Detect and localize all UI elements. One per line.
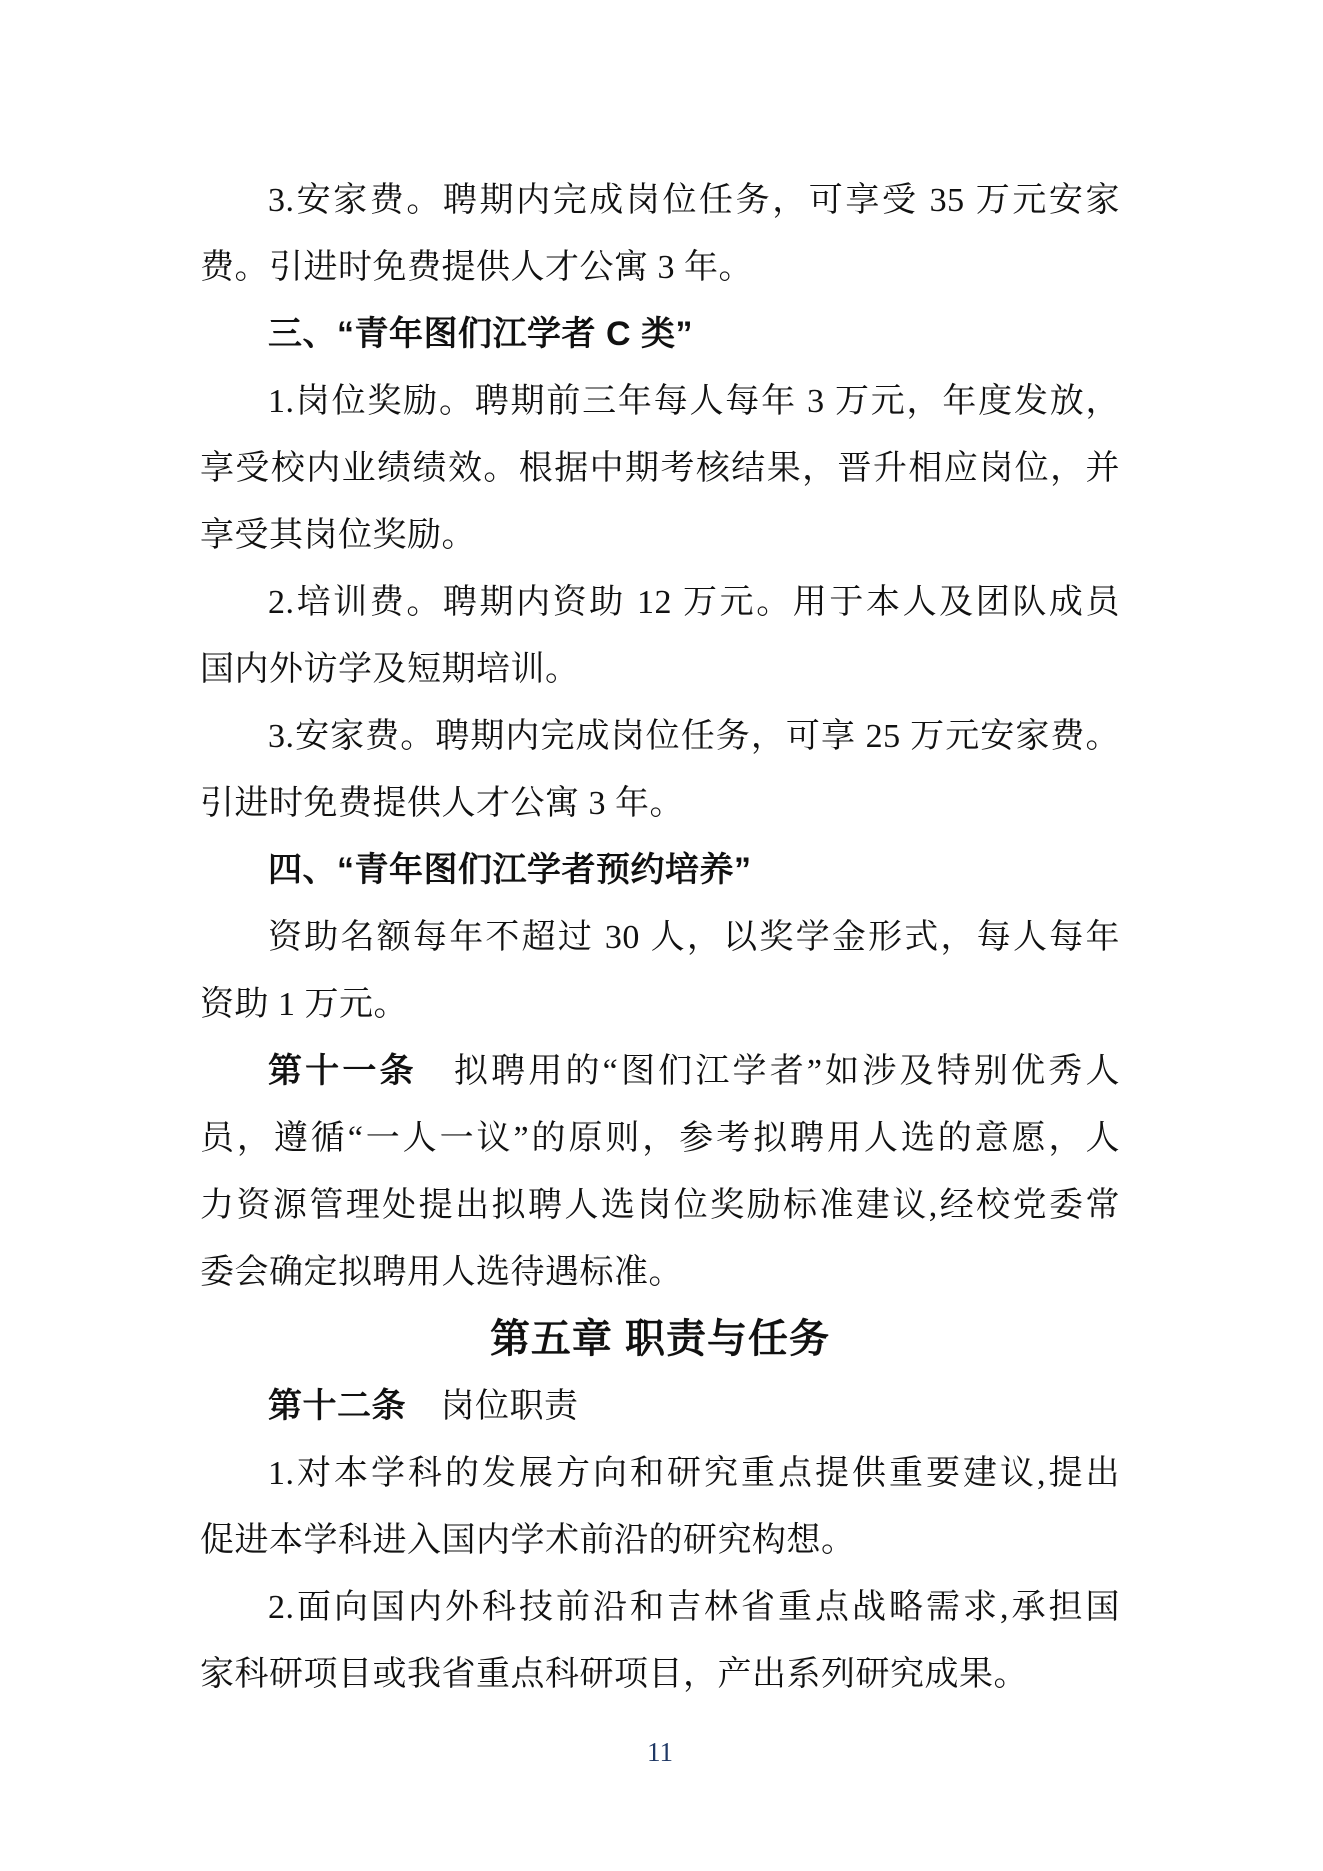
- body-text-line: 1.对本学科的发展方向和研究重点提供重要建议,提出: [200, 1440, 1120, 1507]
- text-segment: 费。引进时免费提供人才公寓 3 年。: [200, 249, 753, 286]
- text-block: 3.安家费。聘期内完成岗位任务，可享受 35 万元安家费。引进时免费提供人才公寓…: [200, 167, 1120, 1708]
- body-text-line: 1.岗位奖励。聘期前三年每人每年 3 万元，年度发放，: [200, 368, 1120, 435]
- bold-text-segment: 第十一条: [268, 1052, 417, 1090]
- section-heading: 四、“青年图们江学者预约培养”: [200, 837, 1120, 904]
- body-text-line: 委会确定拟聘用人选待遇标准。: [200, 1239, 1120, 1306]
- text-segment: 1.岗位奖励。聘期前三年每人每年 3 万元，年度发放，: [268, 383, 1120, 420]
- body-text-line: 员，遵循“一人一议”的原则，参考拟聘用人选的意愿，人: [200, 1105, 1120, 1172]
- text-segment: 家科研项目或我省重点科研项目，产出系列研究成果。: [200, 1656, 1028, 1693]
- text-segment: 2.面向国内外科技前沿和吉林省重点战略需求,承担国: [268, 1589, 1120, 1626]
- chapter-heading: 第五章 职责与任务: [200, 1306, 1120, 1373]
- bold-text-segment: 四、“青年图们江学者预约培养”: [268, 851, 752, 889]
- bold-text-segment: 第十二条: [268, 1387, 406, 1425]
- body-text-line: 促进本学科进入国内学术前沿的研究构想。: [200, 1507, 1120, 1574]
- body-text-line: 费。引进时免费提供人才公寓 3 年。: [200, 234, 1120, 301]
- text-segment: 资助名额每年不超过 30 人，以奖学金形式，每人每年: [268, 919, 1120, 956]
- text-segment: 力资源管理处提出拟聘人选岗位奖励标准建议,经校党委常: [200, 1187, 1120, 1224]
- body-text-line: 家科研项目或我省重点科研项目，产出系列研究成果。: [200, 1641, 1120, 1708]
- body-text-line: 力资源管理处提出拟聘人选岗位奖励标准建议,经校党委常: [200, 1172, 1120, 1239]
- text-segment: 2.培训费。聘期内资助 12 万元。用于本人及团队成员: [268, 584, 1120, 621]
- text-segment: 享受其岗位奖励。: [200, 517, 476, 554]
- text-segment: 1.对本学科的发展方向和研究重点提供重要建议,提出: [268, 1455, 1120, 1492]
- text-segment: 岗位职责: [406, 1388, 579, 1425]
- body-text-line: 国内外访学及短期培训。: [200, 636, 1120, 703]
- document-page: 3.安家费。聘期内完成岗位任务，可享受 35 万元安家费。引进时免费提供人才公寓…: [0, 0, 1323, 1871]
- article-heading-line: 第十二条 岗位职责: [200, 1373, 1120, 1440]
- bold-text-segment: 三、“青年图们江学者 C 类”: [268, 315, 693, 353]
- section-heading: 三、“青年图们江学者 C 类”: [200, 301, 1120, 368]
- text-segment: 委会确定拟聘用人选待遇标准。: [200, 1254, 683, 1291]
- text-segment: 3.安家费。聘期内完成岗位任务，可享 25 万元安家费。: [268, 718, 1120, 755]
- text-segment: 引进时免费提供人才公寓 3 年。: [200, 785, 684, 822]
- body-text-line: 资助 1 万元。: [200, 971, 1120, 1038]
- body-text-line: 引进时免费提供人才公寓 3 年。: [200, 770, 1120, 837]
- body-text-line: 享受其岗位奖励。: [200, 502, 1120, 569]
- body-text-line: 3.安家费。聘期内完成岗位任务，可享受 35 万元安家: [200, 167, 1120, 234]
- page-number: 11: [200, 1736, 1120, 1768]
- text-segment: 3.安家费。聘期内完成岗位任务，可享受 35 万元安家: [268, 182, 1120, 219]
- text-segment: 员，遵循“一人一议”的原则，参考拟聘用人选的意愿，人: [200, 1120, 1120, 1157]
- body-text-line: 2.培训费。聘期内资助 12 万元。用于本人及团队成员: [200, 569, 1120, 636]
- body-text-line: 3.安家费。聘期内完成岗位任务，可享 25 万元安家费。: [200, 703, 1120, 770]
- text-segment: 资助 1 万元。: [200, 986, 408, 1023]
- body-text-line: 2.面向国内外科技前沿和吉林省重点战略需求,承担国: [200, 1574, 1120, 1641]
- text-segment: 拟聘用的“图们江学者”如涉及特别优秀人: [417, 1053, 1120, 1090]
- bold-text-segment: 第五章 职责与任务: [490, 1317, 830, 1361]
- text-segment: 促进本学科进入国内学术前沿的研究构想。: [200, 1522, 856, 1559]
- text-segment: 享受校内业绩绩效。根据中期考核结果，晋升相应岗位，并: [200, 450, 1120, 487]
- article-heading-line: 第十一条 拟聘用的“图们江学者”如涉及特别优秀人: [200, 1038, 1120, 1105]
- body-text-line: 享受校内业绩绩效。根据中期考核结果，晋升相应岗位，并: [200, 435, 1120, 502]
- body-text-line: 资助名额每年不超过 30 人，以奖学金形式，每人每年: [200, 904, 1120, 971]
- text-segment: 国内外访学及短期培训。: [200, 651, 580, 688]
